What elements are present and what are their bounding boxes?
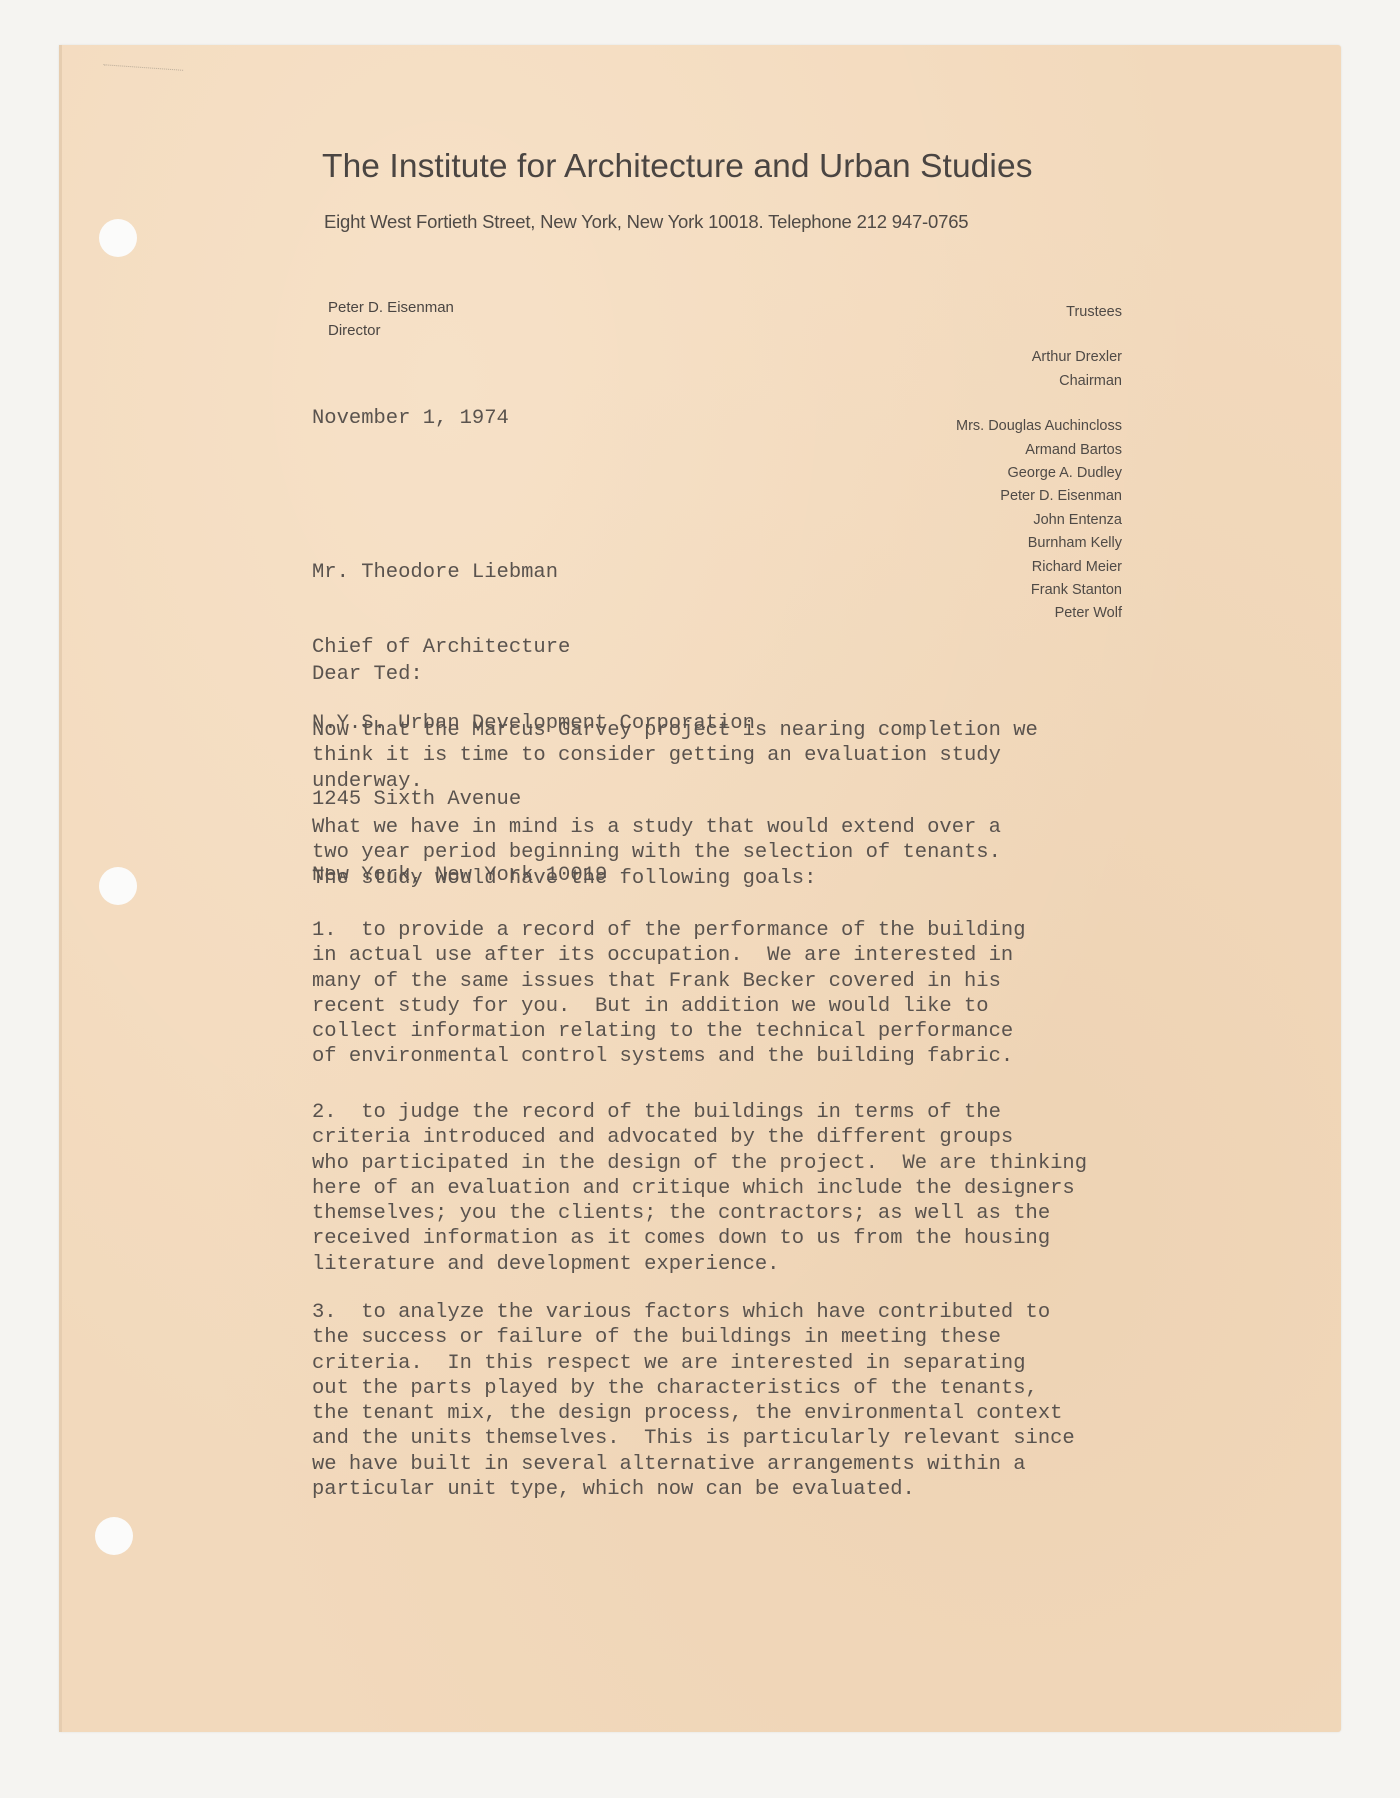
director-block: Peter D. Eisenman Director — [328, 296, 454, 342]
trustee-member: Peter D. Eisenman — [956, 485, 1122, 508]
goal-item: 2. to judge the record of the buildings … — [312, 1100, 1132, 1277]
director-name: Peter D. Eisenman — [328, 296, 454, 319]
trustee-member: Armand Bartos — [956, 439, 1122, 462]
punch-hole-top — [99, 219, 137, 257]
paper-mark — [103, 64, 183, 77]
salutation: Dear Ted: — [312, 662, 1132, 687]
recipient-name: Mr. Theodore Liebman — [312, 560, 1132, 585]
letterhead-address: Eight West Fortieth Street, New York, Ne… — [324, 211, 968, 233]
trustee-chairman-title: Chairman — [956, 370, 1122, 393]
letterhead-title: The Institute for Architecture and Urban… — [322, 148, 1033, 186]
recipient-title: Chief of Architecture — [312, 635, 1132, 660]
trustee-member: George A. Dudley — [956, 462, 1122, 485]
goal-item: 3. to analyze the various factors which … — [312, 1300, 1132, 1502]
trustees-heading: Trustees — [956, 301, 1122, 324]
trustee-chairman-name: Arthur Drexler — [956, 346, 1122, 369]
body-paragraph: What we have in mind is a study that wou… — [312, 815, 1132, 891]
letter-date: November 1, 1974 — [312, 406, 1132, 431]
goal-item: 1. to provide a record of the performanc… — [312, 918, 1132, 1070]
punch-hole-middle — [99, 867, 137, 905]
body-paragraph: Now that the Marcus Garvey project is ne… — [312, 718, 1132, 794]
director-title: Director — [328, 319, 454, 342]
punch-hole-bottom — [95, 1517, 133, 1555]
